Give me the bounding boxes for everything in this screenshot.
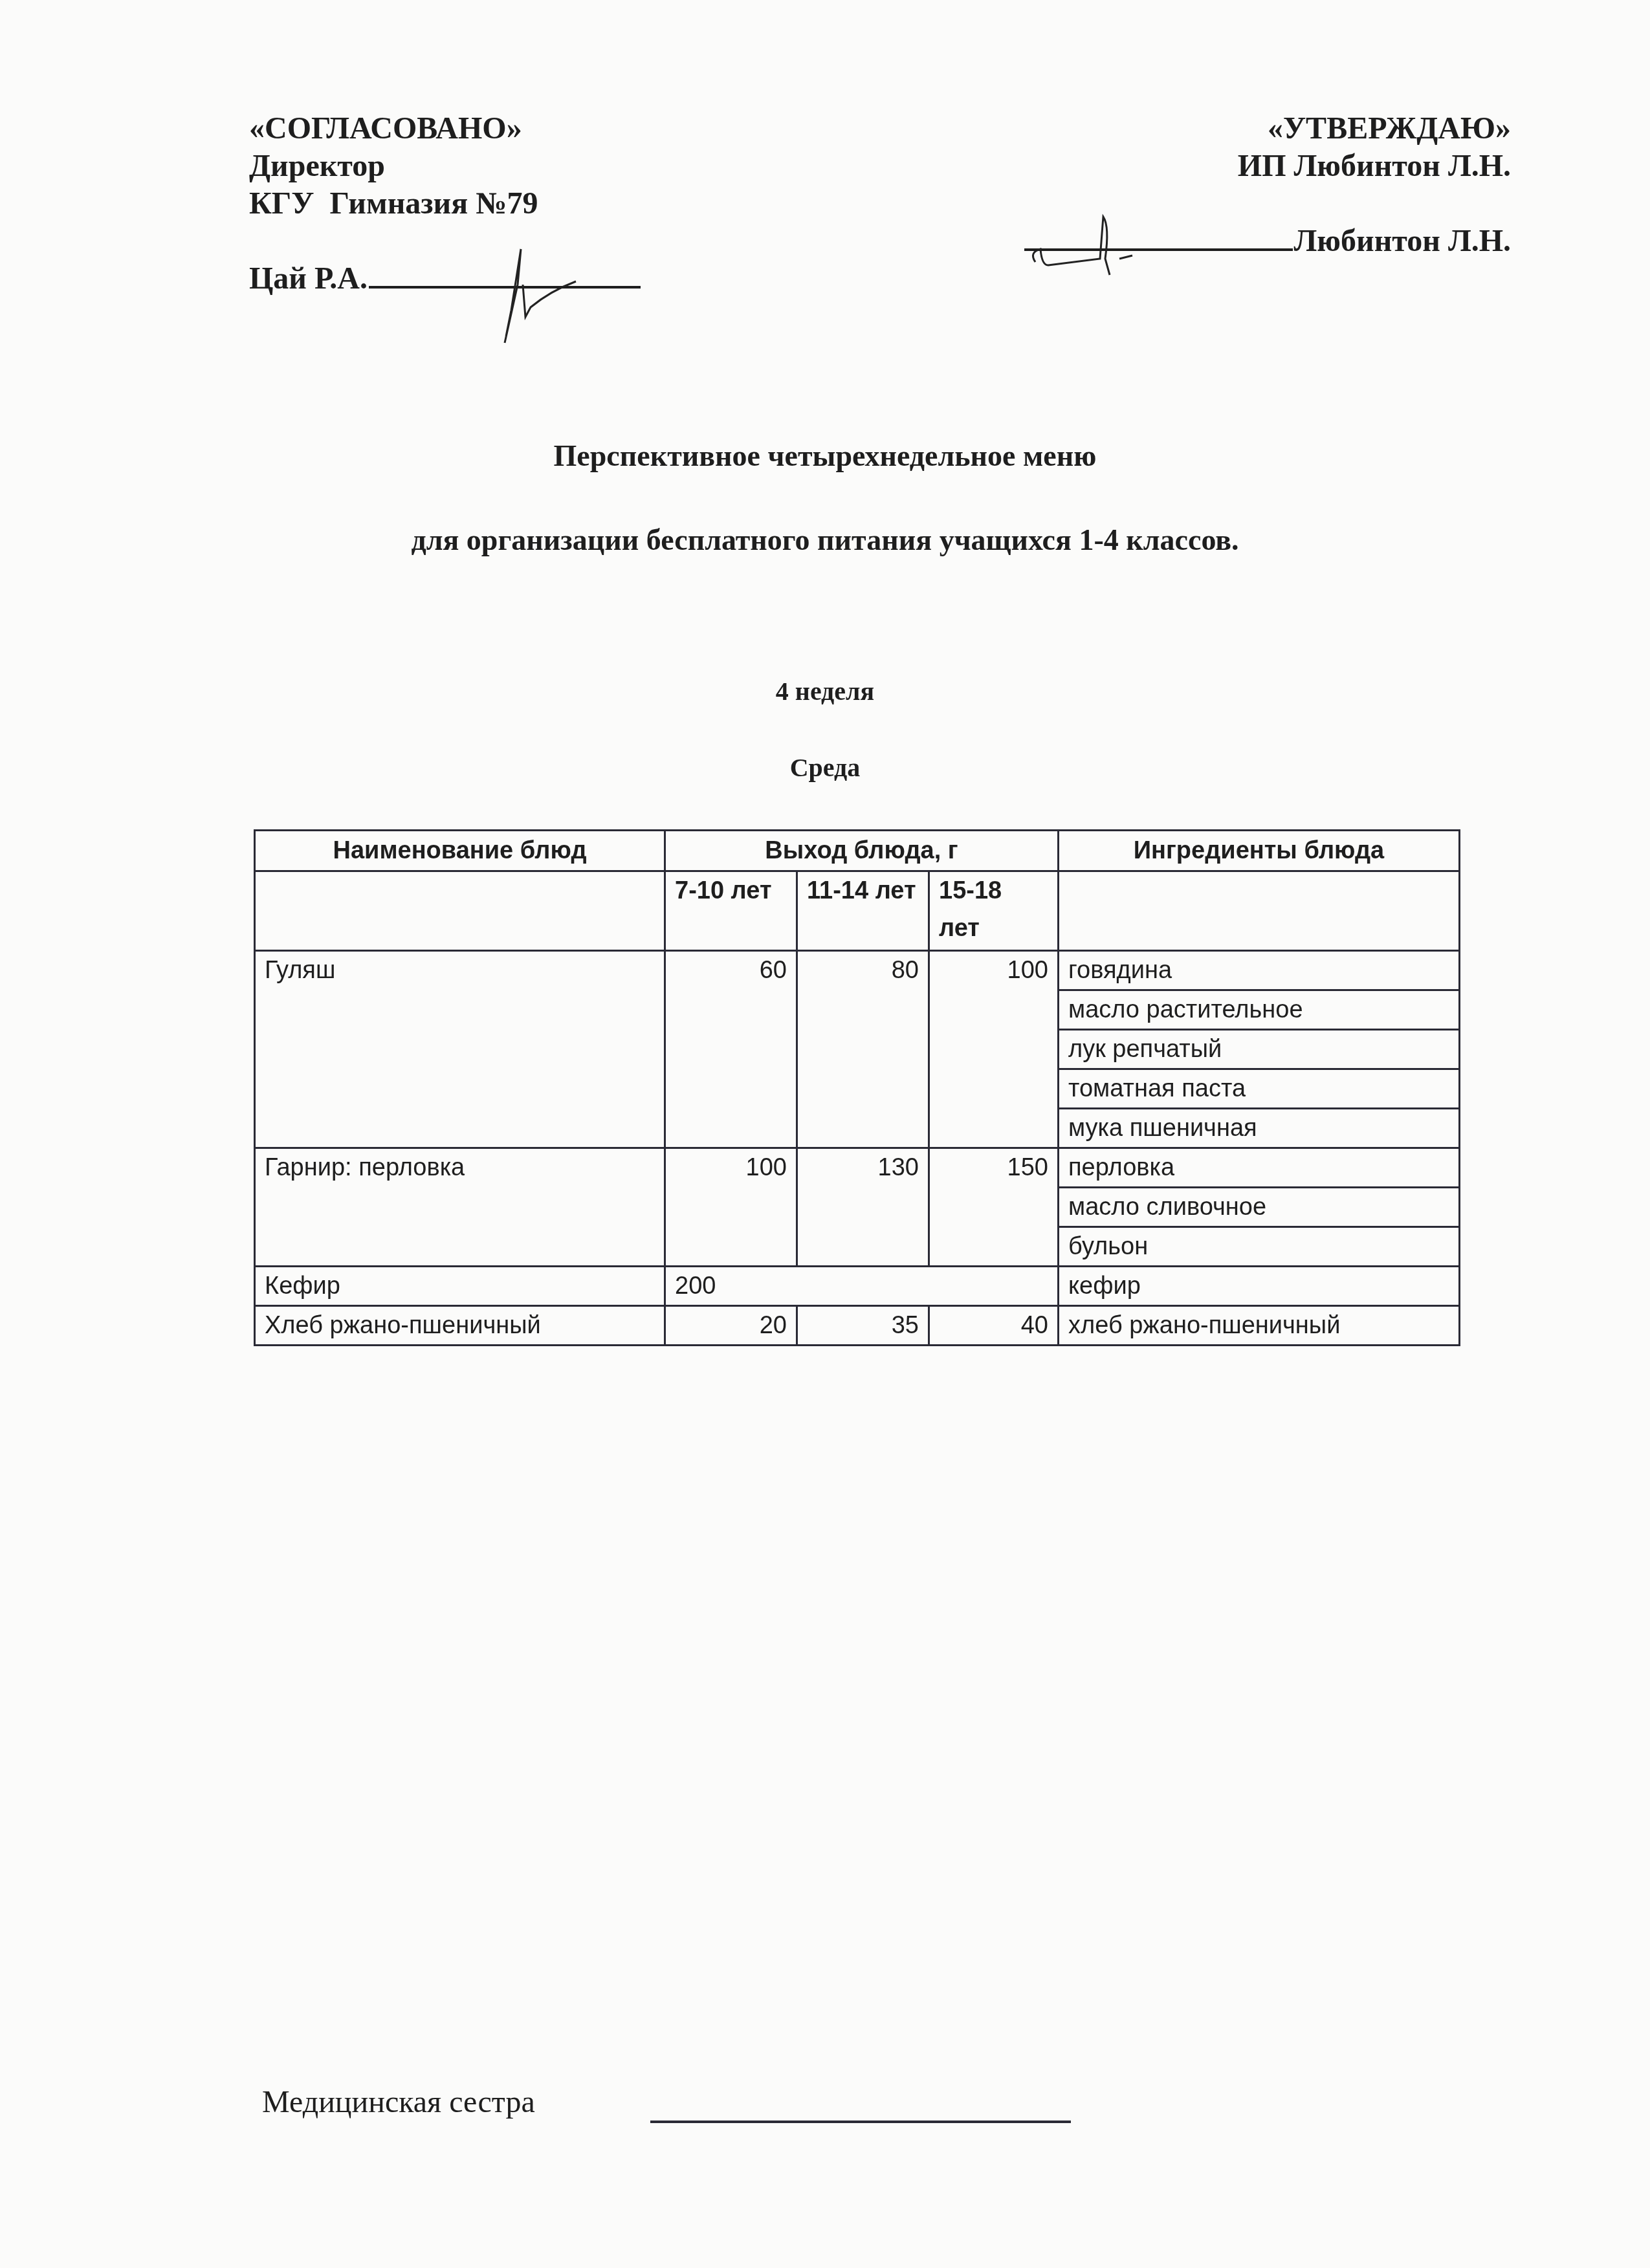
ingredient: мука пшеничная xyxy=(1059,1109,1460,1148)
yield-value: 60 xyxy=(665,951,797,1148)
agreed-signer-name: Цай Р.А. xyxy=(249,261,368,296)
approval-block-approved: «УТВЕРЖДАЮ» ИП Любинтон Л.Н. Любинтон Л.… xyxy=(1024,110,1511,260)
dish-name: Гуляш xyxy=(255,951,665,1148)
dish-name: Хлеб ржано-пшеничный xyxy=(255,1306,665,1346)
nurse-signature-line xyxy=(650,2121,1071,2123)
table-row: Гуляш 60 80 100 говядина xyxy=(255,951,1460,990)
week-label: 4 неделя xyxy=(0,676,1650,706)
nurse-signature-label: Медицинская сестра xyxy=(262,2084,535,2120)
ingredient: кефир xyxy=(1059,1267,1460,1306)
dish-name: Гарнир: перловка xyxy=(255,1148,665,1267)
yield-value-merged: 200 xyxy=(665,1267,1059,1306)
empty-cell xyxy=(255,871,665,951)
yield-value: 130 xyxy=(797,1148,929,1267)
agreed-organization: КГУ Гимназия №79 xyxy=(249,185,641,223)
age-group: 7-10 лет xyxy=(665,871,797,951)
yield-value: 150 xyxy=(929,1148,1059,1267)
yield-value: 100 xyxy=(665,1148,797,1267)
agreed-signature-line xyxy=(369,285,641,289)
approved-stamp: «УТВЕРЖДАЮ» xyxy=(1024,110,1511,147)
approved-signature-line xyxy=(1024,248,1293,251)
ingredient: бульон xyxy=(1059,1227,1460,1267)
approved-organization: ИП Любинтон Л.Н. xyxy=(1024,147,1511,185)
approved-signer-name: Любинтон Л.Н. xyxy=(1294,224,1511,258)
document-title: Перспективное четырехнедельное меню xyxy=(0,439,1650,473)
yield-value: 100 xyxy=(929,951,1059,1148)
agreed-position: Директор xyxy=(249,147,641,185)
ingredient: масло сливочное xyxy=(1059,1188,1460,1227)
header-yield: Выход блюда, г xyxy=(665,831,1059,871)
menu-table: Наименование блюд Выход блюда, г Ингреди… xyxy=(254,829,1460,1346)
yield-value: 20 xyxy=(665,1306,797,1346)
approval-block-agreed: «СОГЛАСОВАНО» Директор КГУ Гимназия №79 … xyxy=(249,110,641,298)
yield-value: 40 xyxy=(929,1306,1059,1346)
ingredient: говядина xyxy=(1059,951,1460,990)
yield-value: 35 xyxy=(797,1306,929,1346)
table-age-groups-row: 7-10 лет 11-14 лет 15-18 лет xyxy=(255,871,1460,951)
empty-cell xyxy=(1059,871,1460,951)
ingredient: лук репчатый xyxy=(1059,1030,1460,1069)
header-ingredients: Ингредиенты блюда xyxy=(1059,831,1460,871)
age-group: 15-18 лет xyxy=(929,871,1059,951)
table-row: Хлеб ржано-пшеничный 20 35 40 хлеб ржано… xyxy=(255,1306,1460,1346)
age-group: 11-14 лет xyxy=(797,871,929,951)
table-row: Гарнир: перловка 100 130 150 перловка xyxy=(255,1148,1460,1188)
ingredient: масло растительное xyxy=(1059,990,1460,1030)
dish-name: Кефир xyxy=(255,1267,665,1306)
agreed-stamp: «СОГЛАСОВАНО» xyxy=(249,110,641,147)
yield-value: 80 xyxy=(797,951,929,1148)
ingredient: перловка xyxy=(1059,1148,1460,1188)
document-subtitle: для организации бесплатного питания учащ… xyxy=(0,523,1650,557)
table-row: Кефир 200 кефир xyxy=(255,1267,1460,1306)
header-dish-name: Наименование блюд xyxy=(255,831,665,871)
ingredient: хлеб ржано-пшеничный xyxy=(1059,1306,1460,1346)
table-header-row: Наименование блюд Выход блюда, г Ингреди… xyxy=(255,831,1460,871)
ingredient: томатная паста xyxy=(1059,1069,1460,1109)
day-label: Среда xyxy=(0,752,1650,783)
